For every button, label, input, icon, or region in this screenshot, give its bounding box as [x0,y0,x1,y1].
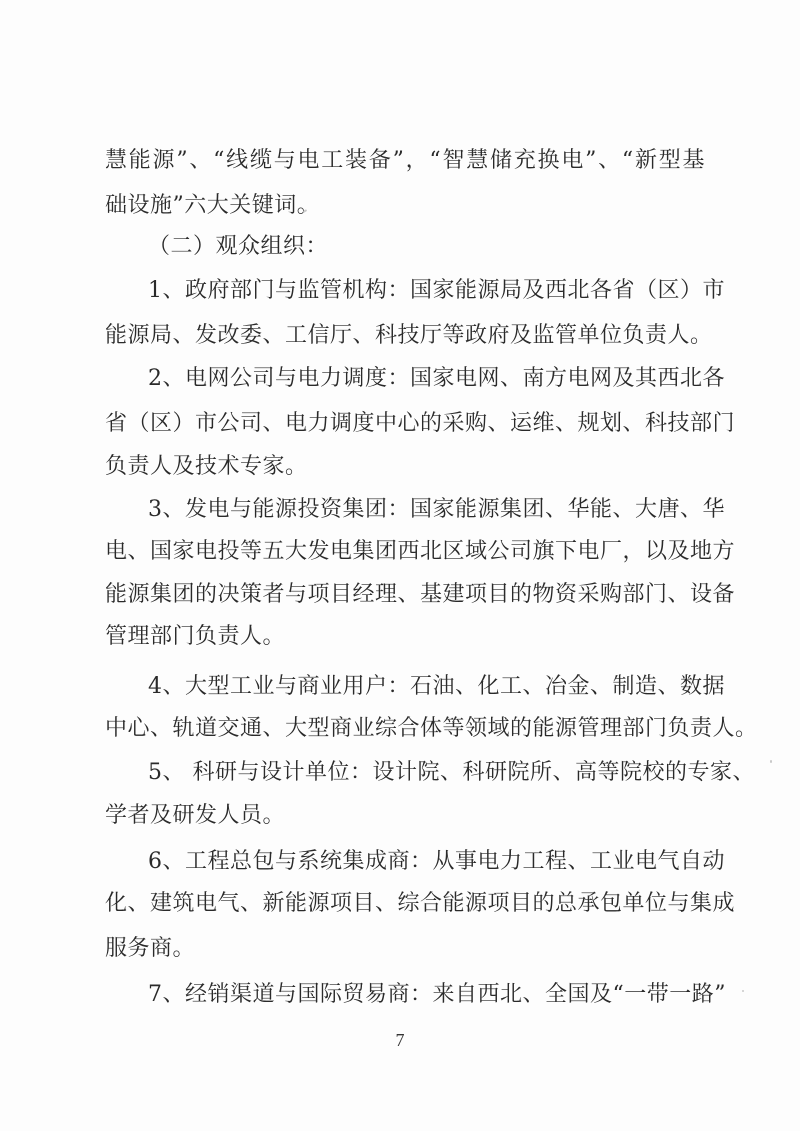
list-item-2-line-3: 负责人及技术专家。 [105,452,705,482]
list-item-2-line-2: 省（区）市公司、电力调度中心的采购、运维、规划、科技部门 [105,409,705,439]
list-item-1-line-2: 能源局、发改委、工信厅、科技厅等政府及监管单位负责人。 [105,321,705,351]
list-item-3-line-3: 能源集团的决策者与项目经理、基建项目的物资采购部门、设备 [105,580,705,610]
list-item-6-line-3: 服务商。 [105,934,705,964]
list-item-4-line-2: 中心、轨道交通、大型商业综合体等领域的能源管理部门负责人。 [105,714,705,744]
list-item-5-line-1: 5、 科研与设计单位：设计院、科研院所、高等院校的专家、 [148,758,705,788]
list-item-7-line-1: 7、经销渠道与国际贸易商：来自西北、全国及“一带一路” [148,980,705,1010]
list-item-2-line-1: 2、电网公司与电力调度：国家电网、南方电网及其西北各 [148,364,705,394]
document-page: 慧能源”、“线缆与电工装备”，“智慧储充换电”、“新型基 础设施”六大关键词。 … [0,0,800,1131]
section-heading-audience-organization: （二）观众组织： [148,232,705,262]
list-item-4-line-1: 4、大型工业与商业用户：石油、化工、冶金、制造、数据 [148,672,705,702]
page-number: 7 [0,1030,800,1051]
scan-speck [742,990,744,992]
text-line-keywords-1: 慧能源”、“线缆与电工装备”，“智慧储充换电”、“新型基 [105,146,705,176]
list-item-6-line-2: 化、建筑电气、新能源项目、综合能源项目的总承包单位与集成 [105,889,705,919]
list-item-6-line-1: 6、工程总包与系统集成商：从事电力工程、工业电气自动 [148,847,705,877]
scan-speck [770,760,772,763]
list-item-3-line-4: 管理部门负责人。 [105,622,705,652]
list-item-3-line-1: 3、发电与能源投资集团：国家能源集团、华能、大唐、华 [148,495,705,525]
list-item-1-line-1: 1、政府部门与监管机构：国家能源局及西北各省（区）市 [148,276,705,306]
list-item-3-line-2: 电、国家电投等五大发电集团西北区域公司旗下电厂，以及地方 [105,537,705,567]
list-item-5-line-2: 学者及研发人员。 [105,801,705,831]
text-line-keywords-2: 础设施”六大关键词。 [105,191,705,221]
